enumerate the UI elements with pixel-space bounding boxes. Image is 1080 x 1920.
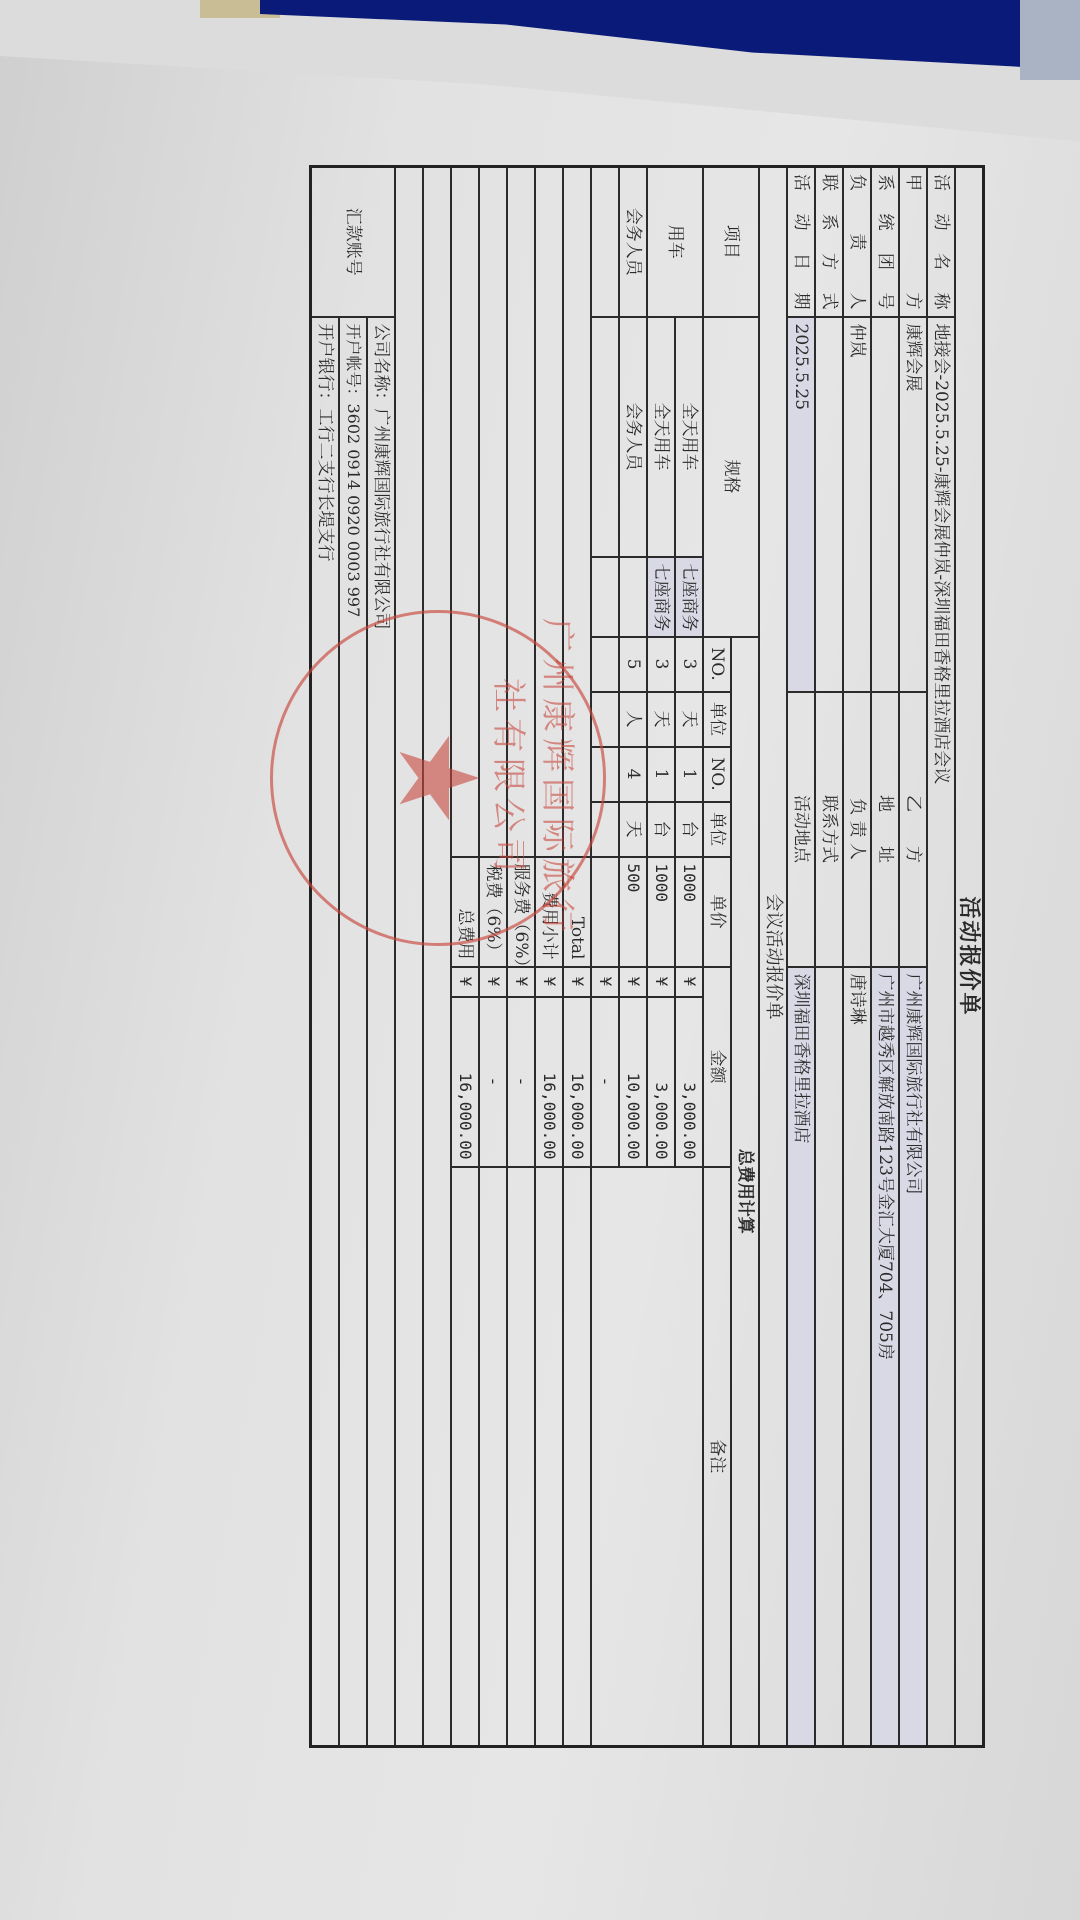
line-item-spec-detail: 七座商务 — [647, 557, 675, 637]
line-item-no2 — [591, 747, 619, 802]
summary-label: 税费（6%） — [479, 857, 507, 967]
summary-label: Total — [563, 857, 591, 967]
remittance-company-name: 公司名称：广州康辉国际旅行社有限公司 — [367, 317, 395, 1747]
line-item-unit-price: 1000 — [675, 857, 703, 967]
summary-amount: 16,000.00 — [535, 997, 563, 1167]
line-item-no1: 5 — [619, 637, 647, 692]
line-item-unit-price: 500 — [619, 857, 647, 967]
address-label: 地 址 — [871, 692, 899, 967]
summary-label: 总费用 — [451, 857, 479, 967]
line-item-amount: 3,000.00 — [675, 997, 703, 1167]
quotation-table: 活动报价单 活动名称 地接会-2025.5.25-康辉会展仲岚-深圳福田香格里拉… — [309, 165, 985, 1748]
background-edge — [1020, 0, 1080, 80]
activity-date-label: 活动日期 — [787, 167, 815, 317]
line-item-spec-detail — [591, 557, 619, 637]
summary-amount: 16,000.00 — [563, 997, 591, 1167]
line-item-no2: 1 — [647, 747, 675, 802]
activity-name-value: 地接会-2025.5.25-康辉会展仲岚-深圳福田香格里拉酒店会议 — [927, 317, 955, 1747]
line-item-currency: ¥ — [619, 967, 647, 997]
contact-method-label: 联系方式 — [815, 167, 843, 317]
line-item-no1: 3 — [675, 637, 703, 692]
line-item-no1: 3 — [647, 637, 675, 692]
line-item-no1 — [591, 637, 619, 692]
summary-row: 税费（6%） ¥ - — [479, 167, 507, 1747]
contact-method-value — [815, 317, 843, 692]
summary-row: 费用小计 ¥ 16,000.00 — [535, 167, 563, 1747]
party-b-contact-method-value — [815, 967, 843, 1747]
activity-date-value: 2025.5.25 — [787, 317, 815, 692]
document-title: 活动报价单 — [955, 167, 984, 1747]
party-b-label: 乙 方 — [899, 692, 927, 967]
column-unit-price: 单价 — [703, 857, 731, 967]
line-item-spec — [591, 317, 619, 557]
party-a-value: 康辉会展 — [899, 317, 927, 692]
summary-currency: ¥ — [451, 967, 479, 997]
line-item-currency: ¥ — [675, 967, 703, 997]
contact-person-label: 负 责 人 — [843, 167, 871, 317]
table-row: 用车 全天用车 七座商务 3 天 1 台 1000 ¥ 3,000.00 — [675, 167, 703, 1747]
column-no-1: NO. — [703, 637, 731, 692]
line-item-unit2 — [591, 802, 619, 857]
line-item-spec: 会务人员 — [619, 317, 647, 557]
line-item-unit1: 天 — [647, 692, 675, 747]
line-item-unit-price: 1000 — [647, 857, 675, 967]
line-item-unit1: 天 — [675, 692, 703, 747]
line-item-spec-detail: 七座商务 — [675, 557, 703, 637]
column-amount: 金额 — [703, 967, 731, 1167]
line-item-category: 用车 — [647, 167, 703, 317]
summary-currency: ¥ — [535, 967, 563, 997]
column-no-2: NO. — [703, 747, 731, 802]
line-item-currency: ¥ — [647, 967, 675, 997]
summary-amount: - — [507, 997, 535, 1167]
line-item-amount: 3,000.00 — [647, 997, 675, 1167]
activity-name-label: 活动名称 — [927, 167, 955, 317]
line-item-spec-detail — [619, 557, 647, 637]
line-item-remarks — [591, 1167, 703, 1747]
summary-label: 服务费（6%） — [507, 857, 535, 967]
summary-row: 服务费（6%） ¥ - — [507, 167, 535, 1747]
line-item-unit2: 台 — [647, 802, 675, 857]
party-b-contact-person-label: 负 责 人 — [843, 692, 871, 967]
column-item: 项目 — [703, 167, 759, 317]
line-item-unit1 — [591, 692, 619, 747]
summary-label: 费用小计 — [535, 857, 563, 967]
summary-currency: ¥ — [507, 967, 535, 997]
party-a-label: 甲 方 — [899, 167, 927, 317]
line-item-no2: 1 — [675, 747, 703, 802]
party-b-contact-method-label: 联系方式 — [815, 692, 843, 967]
column-spec: 规格 — [703, 317, 759, 637]
line-item-spec: 全天用车 — [647, 317, 675, 557]
line-item-unit2: 天 — [619, 802, 647, 857]
party-b-contact-person-value: 唐诗琳 — [843, 967, 871, 1747]
remittance-label: 汇款账号 — [311, 167, 396, 317]
group-no-value — [871, 317, 899, 692]
line-item-no2: 4 — [619, 747, 647, 802]
line-item-unit1: 人 — [619, 692, 647, 747]
line-item-unit-price — [591, 857, 619, 967]
line-item-category — [591, 167, 619, 317]
line-item-spec: 全天用车 — [675, 317, 703, 557]
line-item-currency: ¥ — [591, 967, 619, 997]
summary-row: Total ¥ 16,000.00 — [563, 167, 591, 1747]
quote-subtitle: 会议活动报价单 — [759, 167, 787, 1747]
column-unit-1: 单位 — [703, 692, 731, 747]
summary-currency: ¥ — [563, 967, 591, 997]
remittance-bank: 开户银行：工行二支行长堤支行 — [311, 317, 340, 1747]
summary-amount: - — [479, 997, 507, 1167]
line-item-amount: 10,000.00 — [619, 997, 647, 1167]
contact-person-value: 仲岚 — [843, 317, 871, 692]
remittance-account-no: 开户帐号：3602 0914 0920 0003 997 — [339, 317, 367, 1747]
line-item-amount: - — [591, 997, 619, 1167]
column-unit-2: 单位 — [703, 802, 731, 857]
venue-label: 活动地点 — [787, 692, 815, 967]
quotation-document: 活动报价单 活动名称 地接会-2025.5.25-康辉会展仲岚-深圳福田香格里拉… — [310, 165, 985, 1745]
address-value: 广州市越秀区解放南路123号金汇大厦704、705房 — [871, 967, 899, 1747]
line-item-unit2: 台 — [675, 802, 703, 857]
party-b-value: 广州康辉国际旅行社有限公司 — [899, 967, 927, 1747]
background-blue-object — [260, 0, 1080, 70]
column-remarks: 备注 — [703, 1167, 731, 1747]
group-no-label: 系统团号 — [871, 167, 899, 317]
cost-section-title: 总费用计算 — [731, 637, 759, 1747]
venue-value: 深圳福田香格里拉酒店 — [787, 967, 815, 1747]
line-item-category: 会务人员 — [619, 167, 647, 317]
summary-amount: 16,000.00 — [451, 997, 479, 1167]
summary-row: 总费用 ¥ 16,000.00 — [451, 167, 479, 1747]
summary-currency: ¥ — [479, 967, 507, 997]
